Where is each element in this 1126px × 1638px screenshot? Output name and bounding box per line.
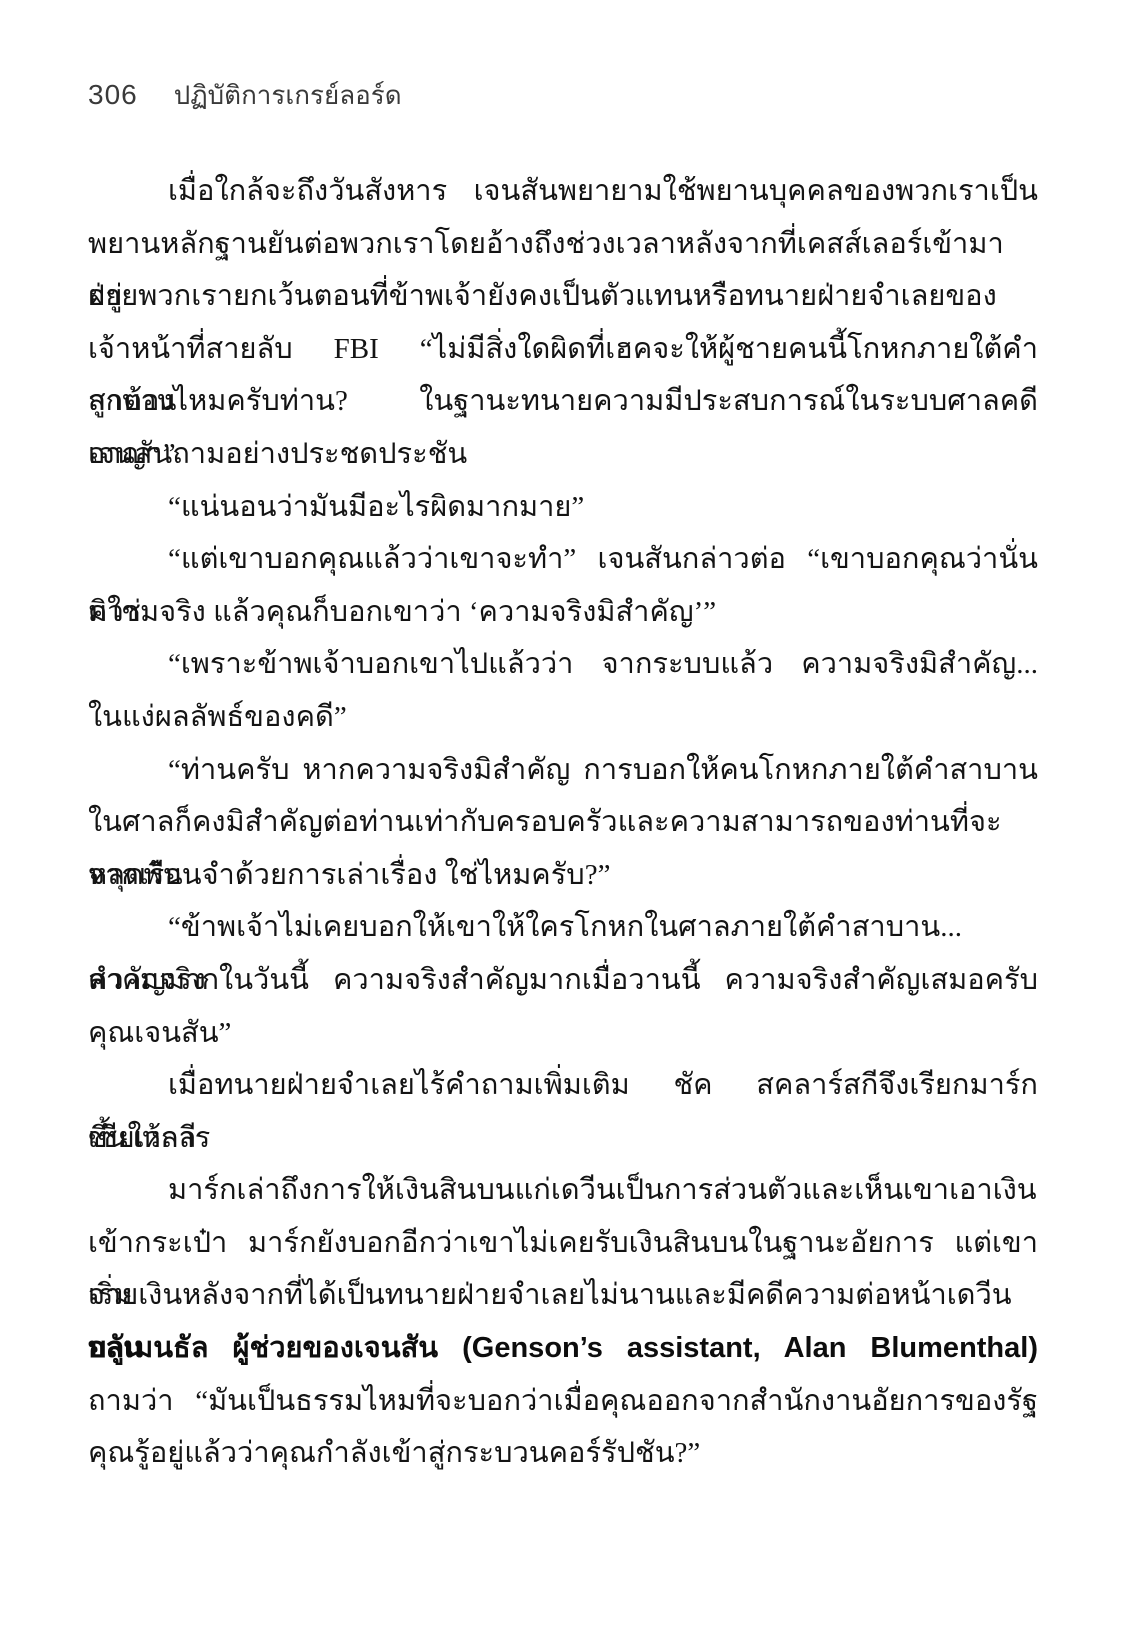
body-text-segment: ถามว่า “มันเป็นธรรมไหมที่จะบอกว่าเมื่อคุ… <box>88 1385 1038 1417</box>
body-text-segment: “เพราะข้าพเจ้าบอกเขาไปแล้วว่า จากระบบแล้… <box>168 648 1038 680</box>
body-text-segment: คุณรู้อยู่แล้วว่าคุณกำลังเข้าสู่กระบวนคอ… <box>88 1437 700 1469</box>
text-line: ถูกต้องไหมครับท่าน? ในฐานะทนายความมีประส… <box>88 375 1038 428</box>
text-line: บลูเมนธัล ผู้ช่วยของเจนสัน (Genson’s ass… <box>88 1322 1038 1375</box>
text-line: “ข้าพเจ้าไม่เคยบอกให้เขาให้ใครโกหกในศาลภ… <box>88 901 1038 954</box>
text-line: ในศาลก็คงมิสำคัญต่อท่านเท่ากับครอบครัวแล… <box>88 796 1038 849</box>
body-text-segment: คุณเจนสัน” <box>88 1017 231 1049</box>
page-body: เมื่อใกล้จะถึงวันสังหาร เจนสันพยายามใช้พ… <box>88 165 1038 1480</box>
body-text-segment: ความจริง แล้วคุณก็บอกเขาว่า ‘ความจริงมิส… <box>88 596 716 628</box>
text-line: ขึ้นให้การ <box>88 1112 1038 1165</box>
body-text-segment: ฝ่ายพวกเรายกเว้นตอนที่ข้าพเจ้ายังคงเป็นต… <box>88 280 997 312</box>
text-line: เมื่อทนายฝ่ายจำเลยไร้คำถามเพิ่มเติม ชัค … <box>88 1059 1038 1112</box>
text-line: มาร์กเล่าถึงการให้เงินสินบนแก่เดวีนเป็นก… <box>88 1164 1038 1217</box>
text-line: ถามว่า “มันเป็นธรรมไหมที่จะบอกว่าเมื่อคุ… <box>88 1375 1038 1428</box>
body-text-segment: มาร์กเล่าถึงการให้เงินสินบนแก่เดวีนเป็นก… <box>168 1174 1037 1206</box>
text-line: เมื่อใกล้จะถึงวันสังหาร เจนสันพยายามใช้พ… <box>88 165 1038 218</box>
body-text-segment: เจนสันถามอย่างประชดประชัน <box>88 438 467 470</box>
text-line: “แต่เขาบอกคุณแล้วว่าเขาจะทำ” เจนสันกล่าว… <box>88 533 1038 586</box>
book-page: 306 ปฏิบัติการเกรย์ลอร์ด เมื่อใกล้จะถึงว… <box>0 0 1126 1638</box>
bold-text-segment: บลูเมนธัล ผู้ช่วยของเจนสัน (Genson’s ass… <box>88 1332 1038 1364</box>
text-line: คุณเจนสัน” <box>88 1007 1038 1060</box>
text-line: พยานหลักฐานยันต่อพวกเราโดยอ้างถึงช่วงเวล… <box>88 218 1038 271</box>
running-title: ปฏิบัติการเกรย์ลอร์ด <box>174 78 402 112</box>
text-line: เข้ากระเป๋า มาร์กยังบอกอีกว่าเขาไม่เคยรั… <box>88 1217 1038 1270</box>
text-line: “ท่านครับ หากความจริงมิสำคัญ การบอกให้คน… <box>88 744 1038 797</box>
text-line: เจนสันถามอย่างประชดประชัน <box>88 428 1038 481</box>
text-line: ในแง่ผลลัพธ์ของคดี” <box>88 691 1038 744</box>
text-line: เจ้าหน้าที่สายลับ FBI “ไม่มีสิ่งใดผิดที่… <box>88 323 1038 376</box>
body-text-segment: จากเรือนจำด้วยการเล่าเรื่อง ใช่ไหมครับ?” <box>88 859 610 891</box>
page-number: 306 <box>88 78 138 112</box>
page-header: 306 ปฏิบัติการเกรย์ลอร์ด <box>88 78 1038 112</box>
body-text-segment: เมื่อใกล้จะถึงวันสังหาร เจนสันพยายามใช้พ… <box>168 175 1038 207</box>
body-text-segment: จ่ายเงินหลังจากที่ได้เป็นทนายฝ่ายจำเลยไม… <box>88 1279 1012 1311</box>
text-line: คุณรู้อยู่แล้วว่าคุณกำลังเข้าสู่กระบวนคอ… <box>88 1427 1038 1480</box>
body-text-segment: สำคัญมากในวันนี้ ความจริงสำคัญมากเมื่อวา… <box>88 964 1038 996</box>
text-line: สำคัญมากในวันนี้ ความจริงสำคัญมากเมื่อวา… <box>88 954 1038 1007</box>
text-line: “แน่นอนว่ามันมีอะไรผิดมากมาย” <box>88 481 1038 534</box>
text-line: ฝ่ายพวกเรายกเว้นตอนที่ข้าพเจ้ายังคงเป็นต… <box>88 270 1038 323</box>
body-text-segment: ในแง่ผลลัพธ์ของคดี” <box>88 701 347 733</box>
body-text-segment: “ท่านครับ หากความจริงมิสำคัญ การบอกให้คน… <box>168 754 1038 786</box>
text-line: จ่ายเงินหลังจากที่ได้เป็นทนายฝ่ายจำเลยไม… <box>88 1269 1038 1322</box>
text-line: ความจริง แล้วคุณก็บอกเขาว่า ‘ความจริงมิส… <box>88 586 1038 639</box>
text-line: จากเรือนจำด้วยการเล่าเรื่อง ใช่ไหมครับ?” <box>88 849 1038 902</box>
body-text-segment: ขึ้นให้การ <box>88 1122 210 1154</box>
text-line: “เพราะข้าพเจ้าบอกเขาไปแล้วว่า จากระบบแล้… <box>88 638 1038 691</box>
body-text-segment: “แน่นอนว่ามันมีอะไรผิดมากมาย” <box>168 491 584 523</box>
